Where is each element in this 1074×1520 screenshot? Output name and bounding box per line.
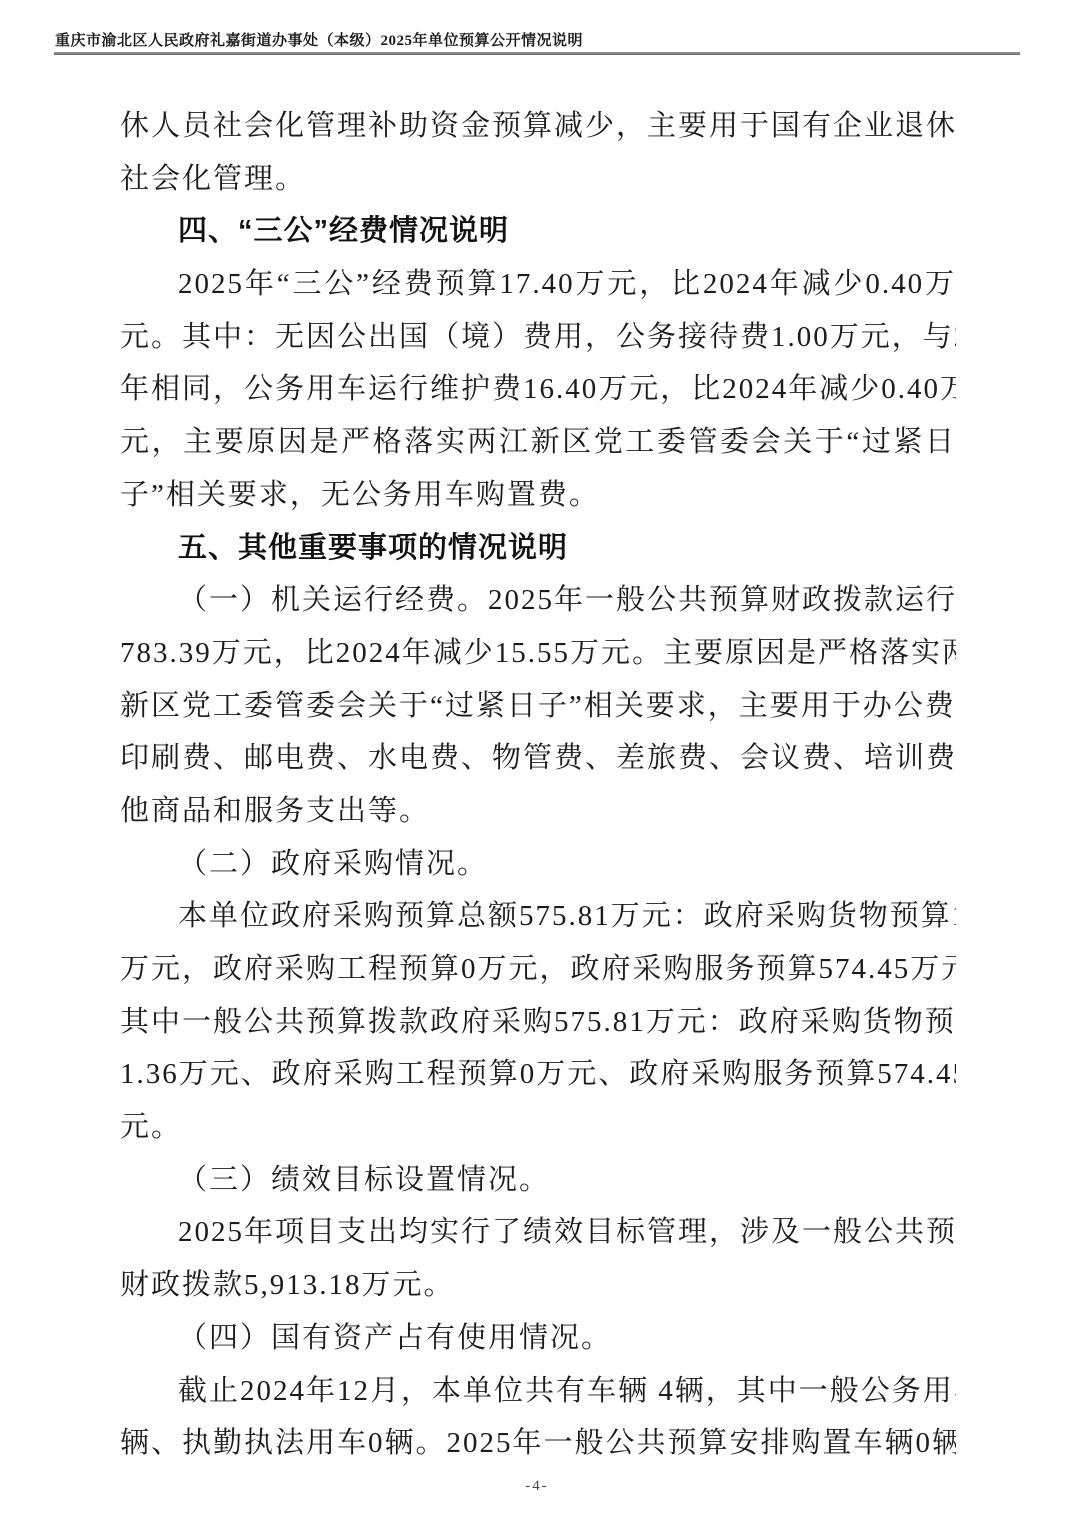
paragraph-line: 本单位政府采购预算总额575.81万元：政府采购货物预算1.36 <box>120 890 956 943</box>
paragraph-line: 万元，政府采购工程预算0万元，政府采购服务预算574.45万元。 <box>120 943 956 996</box>
document-header-title: 重庆市渝北区人民政府礼嘉街道办事处（本级）2025年单位预算公开情况说明 <box>55 29 583 50</box>
paragraph-line: 印刷费、邮电费、水电费、物管费、差旅费、会议费、培训费及其 <box>120 732 956 785</box>
paragraph-line: 元。 <box>120 1101 956 1154</box>
paragraph-line: 783.39万元，比2024年减少15.55万元。主要原因是严格落实两江 <box>120 627 956 680</box>
paragraph-line: 2025年项目支出均实行了绩效目标管理，涉及一般公共预算 <box>120 1206 956 1259</box>
subsection-heading: （四）国有资产占有使用情况。 <box>120 1312 956 1365</box>
paragraph-line: 年相同，公务用车运行维护费16.40万元，比2024年减少0.40万 <box>120 363 956 416</box>
paragraph-line: 子”相关要求，无公务用车购置费。 <box>120 469 956 522</box>
header-divider <box>54 52 1020 55</box>
subsection-heading: （二）政府采购情况。 <box>120 838 956 891</box>
paragraph-line: 元。其中：无因公出国（境）费用，公务接待费1.00万元，与2024 <box>120 311 956 364</box>
document-page: 重庆市渝北区人民政府礼嘉街道办事处（本级）2025年单位预算公开情况说明 休人员… <box>0 0 1074 1520</box>
paragraph-line: （一）机关运行经费。2025年一般公共预算财政拨款运行经费 <box>120 574 956 627</box>
paragraph-line: 财政拨款5,913.18万元。 <box>120 1259 956 1312</box>
paragraph-line: 2025年“三公”经费预算17.40万元，比2024年减少0.40万 <box>120 258 956 311</box>
paragraph-line: 他商品和服务支出等。 <box>120 785 956 838</box>
section-heading: 四、“三公”经费情况说明 <box>120 205 956 258</box>
paragraph-line: 休人员社会化管理补助资金预算减少，主要用于国有企业退休人员 <box>120 100 956 153</box>
paragraph-line: 截止2024年12月，本单位共有车辆 4辆，其中一般公务用车4 <box>120 1365 956 1418</box>
paragraph-line: 其中一般公共预算拨款政府采购575.81万元：政府采购货物预算 <box>120 996 956 1049</box>
paragraph-line: 辆、执勤执法用车0辆。2025年一般公共预算安排购置车辆0辆，其 <box>120 1417 956 1470</box>
paragraph-line: 1.36万元、政府采购工程预算0万元、政府采购服务预算574.45万 <box>120 1048 956 1101</box>
paragraph-line: 新区党工委管委会关于“过紧日子”相关要求，主要用于办公费、 <box>120 680 956 733</box>
paragraph-line: 元，主要原因是严格落实两江新区党工委管委会关于“过紧日 <box>120 416 956 469</box>
section-heading: 五、其他重要事项的情况说明 <box>120 522 956 575</box>
document-body: 休人员社会化管理补助资金预算减少，主要用于国有企业退休人员 社会化管理。 四、“… <box>120 100 956 1470</box>
subsection-heading: （三）绩效目标设置情况。 <box>120 1154 956 1207</box>
paragraph-line: 社会化管理。 <box>120 153 956 206</box>
page-number: -4- <box>0 1478 1074 1495</box>
